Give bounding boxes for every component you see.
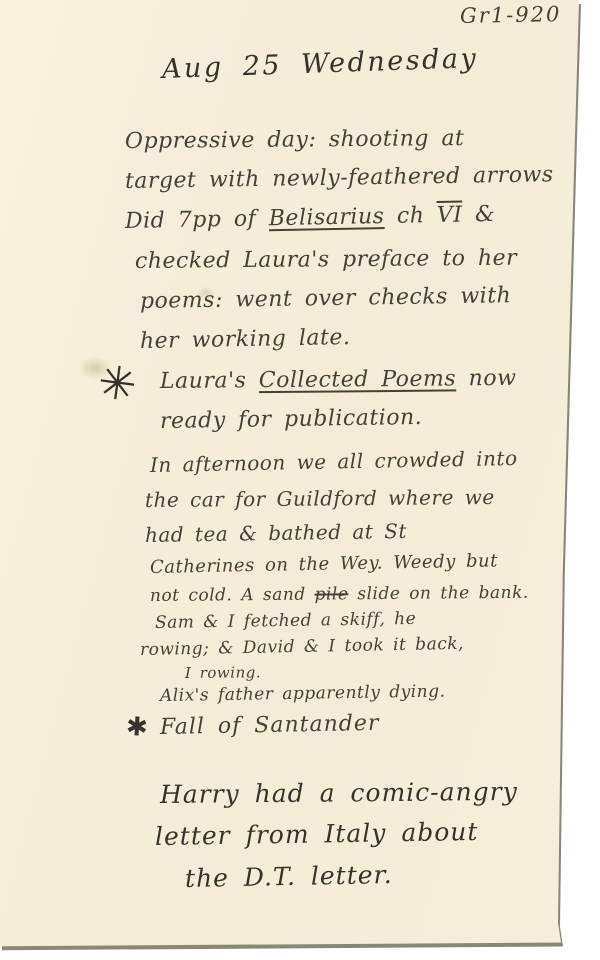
text-segment: In afternoon we all crowded into: [150, 446, 518, 477]
text-segment: poems: went over checks with: [140, 283, 512, 314]
text-segment: the car for Guildford where we: [145, 485, 495, 512]
archive-reference: Gr1-920: [460, 2, 562, 28]
manuscript-line: ✱Fall of Santander: [160, 702, 576, 746]
text-segment: rowing; & David & I took it back,: [140, 634, 464, 660]
text-segment: Alix's father apparently dying.: [160, 682, 446, 706]
text-segment: her working late.: [140, 325, 351, 354]
manuscript-line: ready for publication.: [160, 395, 576, 442]
manuscript-line: Harry had a comic-angry: [160, 770, 575, 816]
asterisk-icon: ✳: [95, 358, 140, 409]
text-segment: Catherines on the Wey. Weedy but: [150, 550, 498, 578]
text-segment: Harry had a comic-angry: [160, 777, 518, 809]
scan-background: { "document": { "archive_ref": "Gr1-920"…: [0, 0, 600, 960]
text-segment: slide on the bank.: [348, 583, 529, 605]
text-segment: checked Laura's preface to her: [135, 246, 517, 274]
date-heading: Aug 25 Wednesday: [161, 43, 478, 85]
text-segment: Sam & I fetched a skiff, he: [155, 609, 417, 633]
manuscript-scan: Gr1-920 Aug 25 Wednesday Oppressive day:…: [0, 0, 600, 960]
manuscript-line: Did 7pp of Belisarius ch VI &: [125, 193, 576, 242]
text-segment: letter from Italy about: [155, 817, 479, 851]
text-segment: Collected Poems: [259, 366, 456, 393]
text-segment: ready for publication.: [160, 405, 423, 434]
text-segment: the D.T. letter.: [185, 860, 393, 893]
text-segment: Oppressive day: shooting at: [125, 126, 465, 154]
text-segment: &: [462, 202, 495, 228]
manuscript-line: her working late.: [140, 314, 576, 362]
text-segment: not cold. A sand: [150, 585, 315, 606]
manuscript-line: In afternoon we all crowded into: [150, 440, 576, 483]
manuscript-line: the D.T. letter.: [185, 851, 576, 900]
text-segment: I rowing.: [185, 663, 261, 682]
text-segment: Belisarius: [269, 204, 385, 231]
text-segment: Did 7pp of: [125, 206, 269, 234]
text-segment: had tea & bathed at St: [145, 519, 407, 547]
text-segment: pile: [314, 584, 348, 604]
diary-page: Gr1-920 Aug 25 Wednesday Oppressive day:…: [0, 0, 600, 952]
text-segment: target with newly-feathered arrows: [125, 162, 554, 194]
text-segment: VI: [437, 203, 463, 228]
text-segment: Laura's: [160, 368, 259, 394]
asterisk-icon: ✱: [125, 714, 149, 741]
text-segment: Fall of Santander: [160, 711, 380, 740]
text-segment: ch: [384, 203, 437, 229]
text-segment: now: [456, 366, 516, 392]
entry-lines: Oppressive day: shooting attarget with n…: [125, 122, 575, 900]
